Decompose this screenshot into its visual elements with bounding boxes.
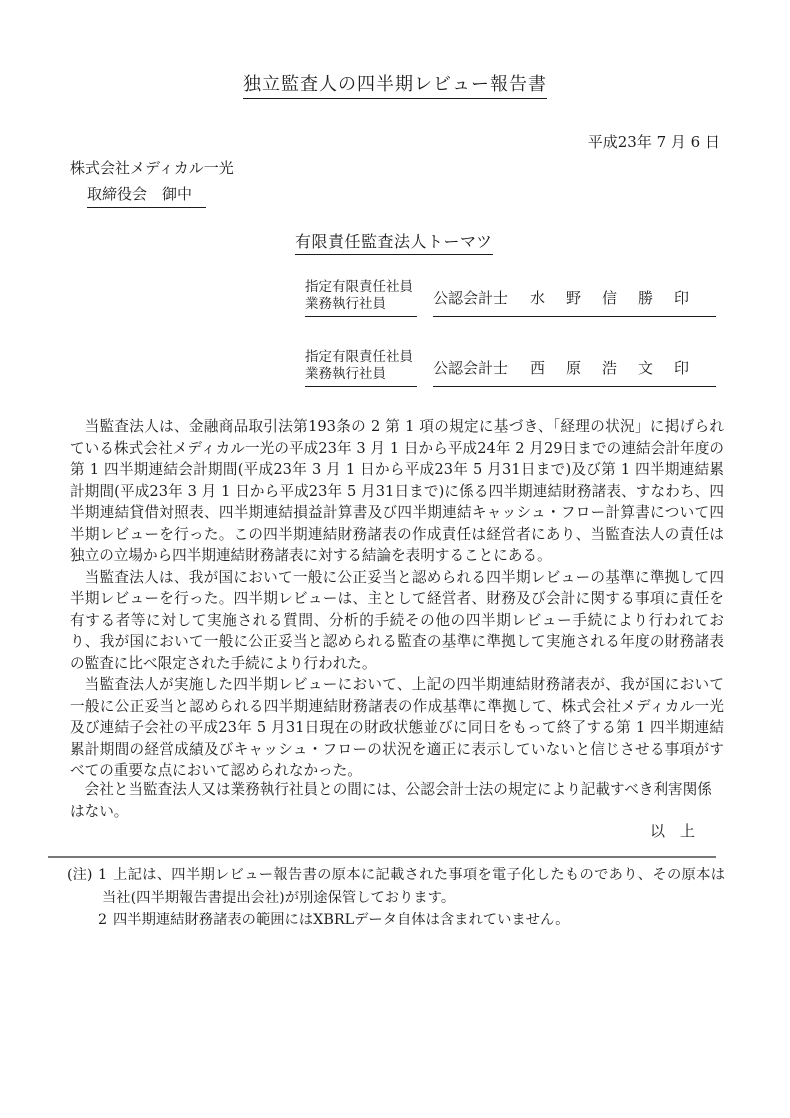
report-body: 当監査法人は、金融商品取引法第193条の 2 第 1 項の規定に基づき、「経理の… xyxy=(70,416,724,782)
addressee-company: 株式会社メディカル一光 xyxy=(70,157,234,178)
signer-name-row: 公認会計士西原浩文印 xyxy=(433,357,716,387)
body-paragraph-1: 当監査法人は、金融商品取引法第193条の 2 第 1 項の規定に基づき、「経理の… xyxy=(70,416,724,567)
footnote-label: (注) xyxy=(67,864,98,887)
signer-seal: 印 xyxy=(674,289,689,307)
footnote-divider xyxy=(48,856,716,858)
body-paragraph-3: 当監査法人が実施した四半期レビューにおいて、上記の四半期連結財務諸表が、我が国に… xyxy=(70,674,724,782)
signer-role-line2: 業務執行社員 xyxy=(305,366,417,383)
signer-role: 指定有限責任社員 業務執行社員 xyxy=(305,279,417,317)
signer-role: 指定有限責任社員 業務執行社員 xyxy=(305,349,417,387)
footnote-text: 四半期連結財務諸表の範囲にはXBRLデータ自体は含まれていません。 xyxy=(102,909,725,932)
independence-statement: 会社と当監査法人又は業務執行社員との間には、公認会計士法の規定により記載すべき利… xyxy=(70,779,724,822)
signer-name: 西原浩文 xyxy=(530,359,674,377)
footnote-item: (注) 1 上記は、四半期レビュー報告書の原本に記載された事項を電子化したもので… xyxy=(67,864,725,909)
body-paragraph-2: 当監査法人は、我が国において一般に公正妥当と認められる四半期レビューの基準に準拠… xyxy=(70,567,724,675)
report-title: 独立監査人の四半期レビュー報告書 xyxy=(0,70,790,96)
signer-qualification: 公認会計士 xyxy=(433,289,508,307)
signer-role-line1: 指定有限責任社員 xyxy=(305,349,417,366)
signer-name-row: 公認会計士水野信勝印 xyxy=(433,287,716,317)
closing-mark: 以 上 xyxy=(650,820,695,841)
document-page: 独立監査人の四半期レビュー報告書 平成23年 7 月 6 日 株式会社メディカル… xyxy=(0,0,790,1118)
footnote-item: 2 四半期連結財務諸表の範囲にはXBRLデータ自体は含まれていません。 xyxy=(67,909,725,932)
footnotes: (注) 1 上記は、四半期レビュー報告書の原本に記載された事項を電子化したもので… xyxy=(67,864,725,932)
report-date: 平成23年 7 月 6 日 xyxy=(588,131,720,152)
addressee-recipient: 取締役会 御中 xyxy=(87,183,206,208)
footnote-text: 上記は、四半期レビュー報告書の原本に記載された事項を電子化したものであり、その原… xyxy=(102,864,725,909)
signer-seal: 印 xyxy=(674,359,689,377)
signature-block: 指定有限責任社員 業務執行社員 公認会計士水野信勝印 xyxy=(305,279,716,317)
signer-qualification: 公認会計士 xyxy=(433,359,508,377)
signer-role-line2: 業務執行社員 xyxy=(305,296,417,313)
signer-name: 水野信勝 xyxy=(530,289,674,307)
signer-role-line1: 指定有限責任社員 xyxy=(305,279,417,296)
signature-block: 指定有限責任社員 業務執行社員 公認会計士西原浩文印 xyxy=(305,349,716,387)
audit-firm-name: 有限責任監査法人トーマツ xyxy=(295,229,493,252)
